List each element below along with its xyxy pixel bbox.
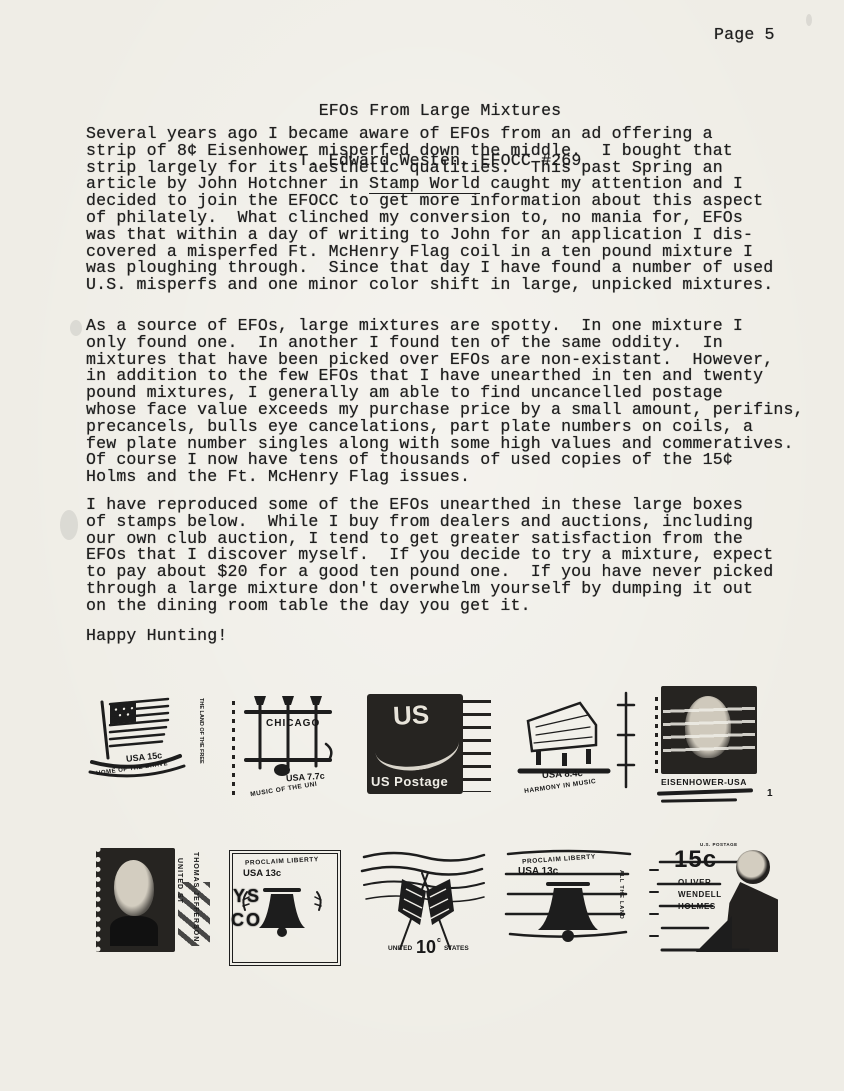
cancellation-slashes: [178, 882, 210, 946]
perforation-guide: [616, 687, 636, 797]
paragraph-1-text-cont: caught my attention and I decided to joi…: [86, 174, 773, 294]
portrait-coat: [110, 916, 158, 946]
perforation-left: [655, 692, 658, 776]
paragraph-1: Several years ago I became aware of EFOs…: [86, 126, 834, 294]
stamp-ft-mchenry-flag-15c: USA 15c HOME OF THE BRAVE THE LAND OF TH…: [88, 690, 218, 802]
stamp-oliver-wendell-holmes-15c: U.S. POSTAGE 15c OLIVER WENDELL HOLMES: [648, 840, 786, 972]
stamp-thomas-jefferson-coil: UNITED ST THOMAS JEFFERSON: [92, 842, 214, 968]
portrait-face: [114, 860, 154, 916]
stamp-side-text: ALL THE LAND: [618, 870, 624, 920]
stamp-liberty-bell-13c: PROCLAIM LIBERTY USA 13c YS CO: [227, 848, 342, 968]
stamp-eisenhower: EISENHOWER-USA 1: [655, 682, 787, 806]
stamp-cent-sign: c: [437, 937, 441, 944]
plate-number: 1: [767, 788, 773, 799]
stamp-right-text: STATES: [444, 945, 469, 952]
stamp-liberty-bell-13c-misperf: PROCLAIM LIBERTY USA 13c ALL THE LAND: [500, 840, 638, 972]
closing-line: Happy Hunting!: [86, 628, 486, 645]
cancellation-lines: [463, 700, 491, 792]
document-page: Page 5 EFOs From Large Mixtures T. Edwar…: [0, 0, 844, 1091]
stamp-us-postage: US US Postage: [363, 690, 493, 805]
pen-stroke: [657, 788, 753, 795]
cancel-overprint-2: CO: [231, 910, 262, 931]
pen-stroke: [661, 798, 737, 802]
scan-artifact: [70, 320, 82, 336]
stamp-value: USA 8.4c: [542, 768, 583, 781]
stamp-precancel: CHICAGO: [266, 718, 320, 729]
scan-artifact: [806, 14, 812, 26]
scan-artifact: [60, 510, 78, 540]
stamp-value: US: [392, 699, 430, 732]
paragraph-3: I have reproduced some of the EFOs unear…: [86, 497, 834, 615]
stamp-crossed-flags-10c: UNITED 10 c STATES: [358, 845, 490, 971]
paragraph-2: As a source of EFOs, large mixtures are …: [86, 318, 834, 486]
cancel-overprint-1: YS: [233, 886, 261, 907]
stamp-caption: EISENHOWER-USA: [661, 777, 747, 787]
stamp-saxhorns-7-7c: CHICAGO USA 7.7c MUSIC OF THE UNI: [230, 688, 345, 806]
stamp-caption: US Postage: [371, 774, 448, 789]
podium-lines: [648, 840, 784, 970]
liberty-bell-icon: [500, 840, 636, 970]
stamp-value: 10: [416, 937, 436, 958]
stamp-grand-piano-8-4c: USA 8.4c HARMONY IN MUSIC: [510, 687, 638, 807]
stamp-left-text: UNITED: [388, 945, 412, 952]
article-title: EFOs From Large Mixtures: [38, 103, 842, 120]
stamp-side-text: THE LAND OF THE FREE: [198, 698, 204, 764]
misperf-streaks: [663, 700, 755, 754]
page-number: Page 5: [714, 27, 775, 44]
